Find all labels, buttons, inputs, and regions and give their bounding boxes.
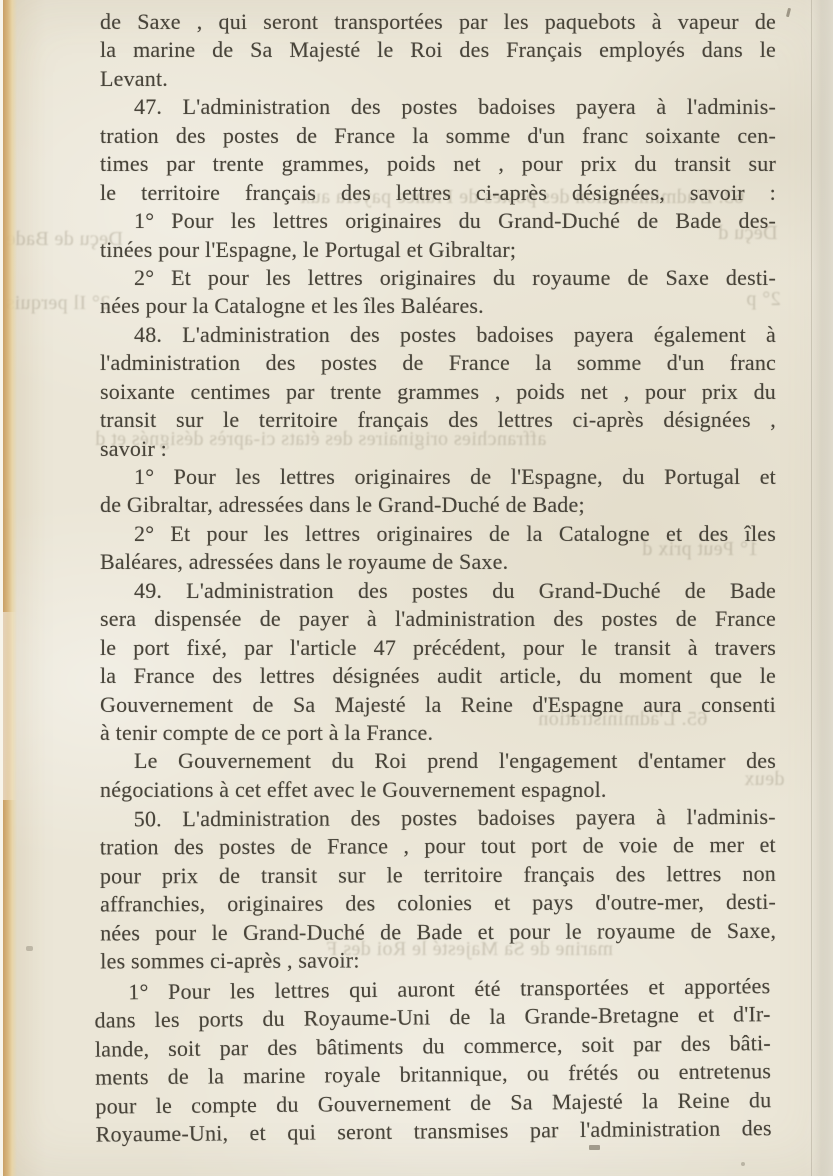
bleedthrough-text: 2° Il perquis: [6, 292, 110, 315]
text-line: négociations à cet effet avec le Gouvern…: [100, 776, 776, 804]
text-line: pour prix de transit sur le territoire f…: [100, 860, 776, 891]
text-line: 2° Et pour les lettres originaires du ro…: [100, 264, 776, 292]
text-line: nées pour la Catalogne et les îles Baléa…: [100, 292, 776, 320]
page-text: de Saxe , qui seront transportées par le…: [100, 8, 776, 1146]
text-line: de Saxe , qui seront transportées par le…: [100, 8, 776, 36]
text-line: le port fixé, par l'article 47 précédent…: [100, 634, 776, 662]
text-line: 2° Et pour les lettres originaires de la…: [100, 520, 776, 548]
ink-speck: [741, 1162, 745, 1166]
text-line: times par trente grammes, poids net , po…: [100, 150, 776, 178]
text-paragraph: 1° Pour les lettres qui auront été trans…: [94, 972, 772, 1149]
text-line: sera dispensée de payer à l'administrati…: [100, 605, 776, 633]
text-line: Levant.: [100, 65, 776, 93]
text-line: à tenir compte de ce port à la France.: [100, 719, 776, 747]
text-line: 1° Pour les lettres originaires du Grand…: [100, 207, 776, 235]
text-line: le territoire français des lettres ci-ap…: [100, 179, 776, 207]
book-edge: [3, 0, 17, 1176]
page-right-shade: [811, 0, 833, 1176]
text-line: 50. L'administration des postes badoises…: [100, 803, 776, 834]
text-line: 47. L'administration des postes badoises…: [100, 93, 776, 121]
ink-speck: [26, 946, 33, 951]
text-line: transit sur le territoire français des l…: [100, 406, 776, 434]
text-line: 48. L'administration des postes badoises…: [100, 321, 776, 349]
ink-speck: [589, 1145, 600, 1150]
text-line: 1° Pour les lettres originaires de l'Esp…: [100, 463, 776, 491]
text-line: 49. L'administration des postes du Grand…: [100, 577, 776, 605]
text-line: Gouvernement de Sa Majesté la Reine d'Es…: [100, 691, 776, 719]
text-line: tration des postes de France la somme d'…: [100, 122, 776, 150]
text-line: l'administration des postes de France la…: [100, 349, 776, 377]
text-line: affranchies, originaires des colonies et…: [100, 888, 776, 919]
scanned-page: 63. L'administration des postes de Franc…: [0, 0, 833, 1176]
text-line: les sommes ci-après , savoir:: [100, 945, 776, 976]
text-line: tinées pour l'Espagne, le Portugal et Gi…: [100, 236, 776, 264]
text-line: soixante centimes par trente grammes , p…: [100, 378, 776, 406]
ink-speck: [786, 8, 791, 17]
text-line: savoir :: [100, 435, 776, 463]
text-line: de Gibraltar, adressées dans le Grand-Du…: [100, 491, 776, 519]
text-line: Baléares, adressées dans le royaume de S…: [100, 548, 776, 576]
text-line: tration des postes de France , pour tout…: [100, 832, 776, 863]
text-paragraph: 50. L'administration des postes badoises…: [100, 803, 777, 976]
text-line: la France des lettres désignées audit ar…: [100, 662, 776, 690]
text-line: nées pour le Grand-Duché de Bade et pour…: [100, 917, 776, 948]
text-line: Royaume-Uni, et qui seront transmises pa…: [96, 1114, 772, 1149]
text-line: Le Gouvernement du Roi prend l'engagemen…: [100, 747, 776, 775]
text-line: la marine de Sa Majesté le Roi des Franç…: [100, 36, 776, 64]
